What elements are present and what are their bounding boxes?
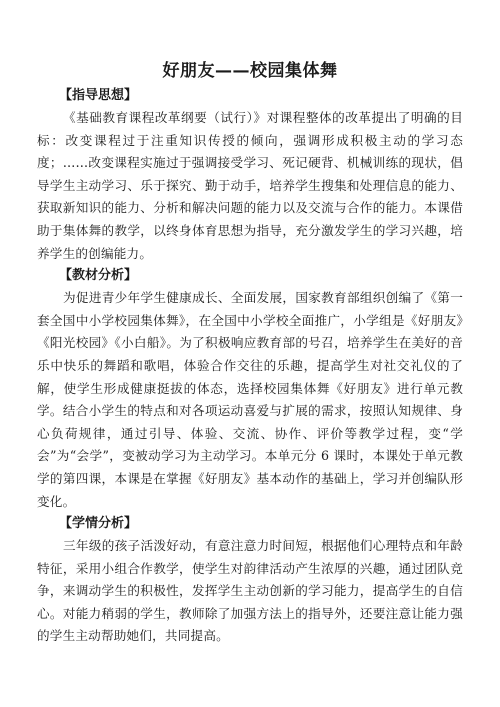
- section-student-analysis: 【学情分析】 三年级的孩子活泼好动，有意注意力时间短，根据他们心理特点和年龄特征…: [37, 513, 463, 648]
- section-paragraph: 《基础教育课程改革纲要（试行）》对课程整体的改革提出了明确的目标：改变课程过于注…: [37, 107, 463, 265]
- document-title: 好朋友——校园集体舞: [37, 58, 463, 84]
- section-paragraph: 三年级的孩子活泼好动，有意注意力时间短，根据他们心理特点和年龄特征，采用小组合作…: [37, 535, 463, 648]
- document-page: 好朋友——校园集体舞 【指导思想】 《基础教育课程改革纲要（试行）》对课程整体的…: [37, 58, 463, 648]
- section-heading: 【学情分析】: [37, 513, 463, 535]
- section-heading: 【教材分析】: [37, 265, 463, 287]
- section-paragraph: 为促进青少年学生健康成长、全面发展，国家教育部组织创编了《第一套全国中小学校园集…: [37, 287, 463, 513]
- section-guiding-ideology: 【指导思想】 《基础教育课程改革纲要（试行）》对课程整体的改革提出了明确的目标：…: [37, 85, 463, 265]
- section-heading: 【指导思想】: [37, 85, 463, 107]
- section-material-analysis: 【教材分析】 为促进青少年学生健康成长、全面发展，国家教育部组织创编了《第一套全…: [37, 265, 463, 513]
